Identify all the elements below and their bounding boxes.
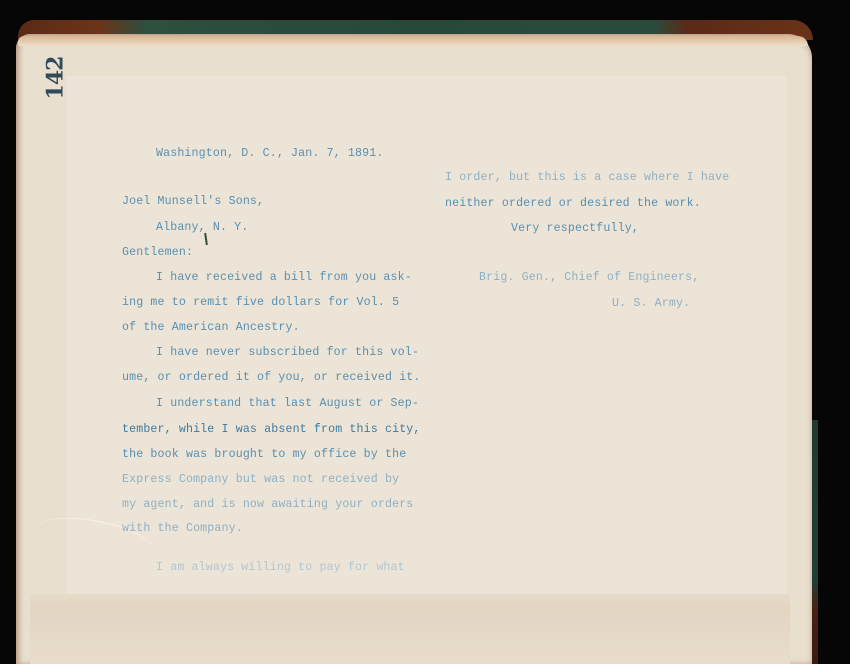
page-number-text: 142 — [42, 57, 68, 100]
page-bottom-margin — [30, 594, 790, 664]
body-line: I understand that last August or Sep- — [156, 397, 419, 410]
page-top-edge — [18, 36, 808, 46]
body-line: the book was brought to my office by the — [122, 448, 406, 461]
body-line: with the Company. — [122, 522, 243, 535]
addressee-name: Joel Munsell's Sons, — [122, 195, 264, 208]
body-line-right: neither ordered or desired the work. — [445, 197, 701, 210]
closing: Very respectfully, — [511, 222, 639, 235]
body-line: I have received a bill from you ask- — [156, 271, 412, 284]
body-line: ume, or ordered it of you, or received i… — [122, 371, 421, 384]
body-line: Express Company but was not received by — [122, 473, 399, 486]
body-line: tember, while I was absent from this cit… — [122, 423, 421, 436]
body-line: my agent, and is now awaiting your order… — [122, 498, 413, 511]
page-number: 142 — [40, 56, 70, 100]
signature-org: U. S. Army. — [612, 297, 690, 310]
signature-title: Brig. Gen., Chief of Engineers, — [479, 271, 699, 284]
salutation: Gentlemen: — [122, 246, 193, 259]
dateline: Washington, D. C., Jan. 7, 1891. — [156, 147, 383, 160]
body-line: of the American Ancestry. — [122, 321, 300, 334]
body-line-right: I order, but this is a case where I have — [445, 171, 729, 184]
body-line: I am always willing to pay for what — [156, 561, 405, 574]
body-line: I have never subscribed for this vol- — [156, 346, 419, 359]
document-photo: 142 Washington, D. C., Jan. 7, 1891. Joe… — [0, 0, 850, 664]
body-line: ing me to remit five dollars for Vol. 5 — [122, 296, 399, 309]
addressee-location: Albany, N. Y. — [156, 221, 248, 234]
